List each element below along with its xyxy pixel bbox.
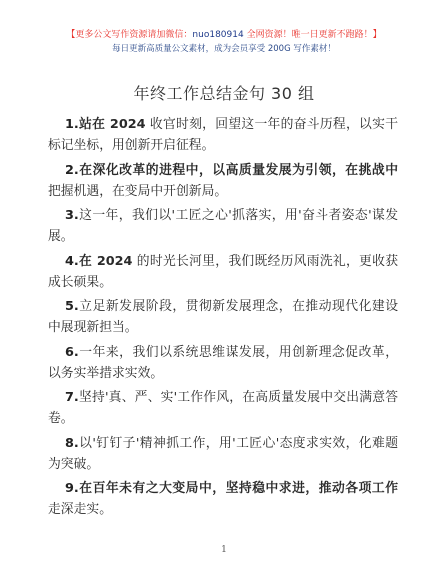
item-bold-text: 在 2024 (79, 254, 133, 269)
quote-item-8: 8.以'钉钉子'精神抓工作，用'工匠心'态度求实效，化难题为突破。 (48, 433, 398, 475)
item-text: 坚持'真、严、实'工作作风，在高质量发展中交出满意答卷。 (48, 390, 398, 426)
item-number: 2. (65, 163, 79, 178)
document-title: 年终工作总结金句 30 组 (0, 81, 448, 104)
document-page: 【更多公文写作资源请加微信：nuo180914 全网资源！唯一日更新不跑路！】 … (0, 0, 448, 580)
item-number: 1. (65, 117, 79, 132)
item-text: 一年来，我们以系统思维谋发展，用创新理念促改革，以务实举措求实效。 (48, 345, 398, 381)
item-text: 这一年，我们以'工匠之心'抓落实，用'奋斗者姿态'谋发展。 (48, 208, 398, 244)
quote-item-3: 3.这一年，我们以'工匠之心'抓落实，用'奋斗者姿态'谋发展。 (48, 205, 398, 247)
page-number: 1 (0, 545, 448, 555)
item-number: 4. (65, 254, 79, 269)
item-bold-text: 在百年未有之大变局中，坚持稳中求进，推动各项工作 (79, 481, 398, 496)
item-bold-text: 在深化改革的进程中，以高质量发展为引领，在挑战中 (79, 163, 398, 178)
item-bold-text: 站在 2024 (79, 117, 146, 132)
promo-text-prefix: 【更多公文写作资源请加微信： (66, 30, 192, 40)
quote-item-5: 5.立足新发展阶段，贯彻新发展理念，在推动现代化建设中展现新担当。 (48, 296, 398, 338)
quote-item-1: 1.站在 2024 收官时刻，回望这一年的奋斗历程，以实干标记坐标，用创新开启征… (48, 114, 398, 156)
item-number: 3. (65, 208, 79, 223)
quote-item-4: 4.在 2024 的时光长河里，我们既经历风雨洗礼，更收获成长硕果。 (48, 251, 398, 293)
item-number: 6. (65, 345, 79, 360)
quote-item-2: 2.在深化改革的进程中，以高质量发展为引领，在挑战中把握机遇，在变局中开创新局。 (48, 160, 398, 202)
quote-item-7: 7.坚持'真、严、实'工作作风，在高质量发展中交出满意答卷。 (48, 387, 398, 429)
promo-banner-line2: 每日更新高质量公文素材，成为会员享受 200G 写作素材！ (0, 43, 448, 55)
document-body: 1.站在 2024 收官时刻，回望这一年的奋斗历程，以实干标记坐标，用创新开启征… (48, 114, 398, 524)
item-number: 9. (65, 481, 79, 496)
item-text: 立足新发展阶段，贯彻新发展理念，在推动现代化建设中展现新担当。 (48, 299, 398, 335)
promo-banner-line1: 【更多公文写作资源请加微信：nuo180914 全网资源！唯一日更新不跑路！】 (0, 29, 448, 41)
quote-item-6: 6.一年来，我们以系统思维谋发展，用创新理念促改革，以务实举措求实效。 (48, 342, 398, 384)
promo-text-suffix: 全网资源！唯一日更新不跑路！】 (244, 30, 382, 40)
quote-item-9: 9.在百年未有之大变局中，坚持稳中求进，推动各项工作走深走实。 (48, 478, 398, 520)
item-number: 7. (65, 390, 79, 405)
item-text: 以'钉钉子'精神抓工作，用'工匠心'态度求实效，化难题为突破。 (48, 436, 398, 472)
wechat-id: nuo180914 (192, 30, 243, 40)
item-number: 5. (65, 299, 79, 314)
item-text: 把握机遇，在变局中开创新局。 (48, 184, 227, 199)
promo-banner: 【更多公文写作资源请加微信：nuo180914 全网资源！唯一日更新不跑路！】 … (0, 29, 448, 55)
item-number: 8. (65, 436, 79, 451)
item-text: 走深走实。 (48, 502, 112, 517)
